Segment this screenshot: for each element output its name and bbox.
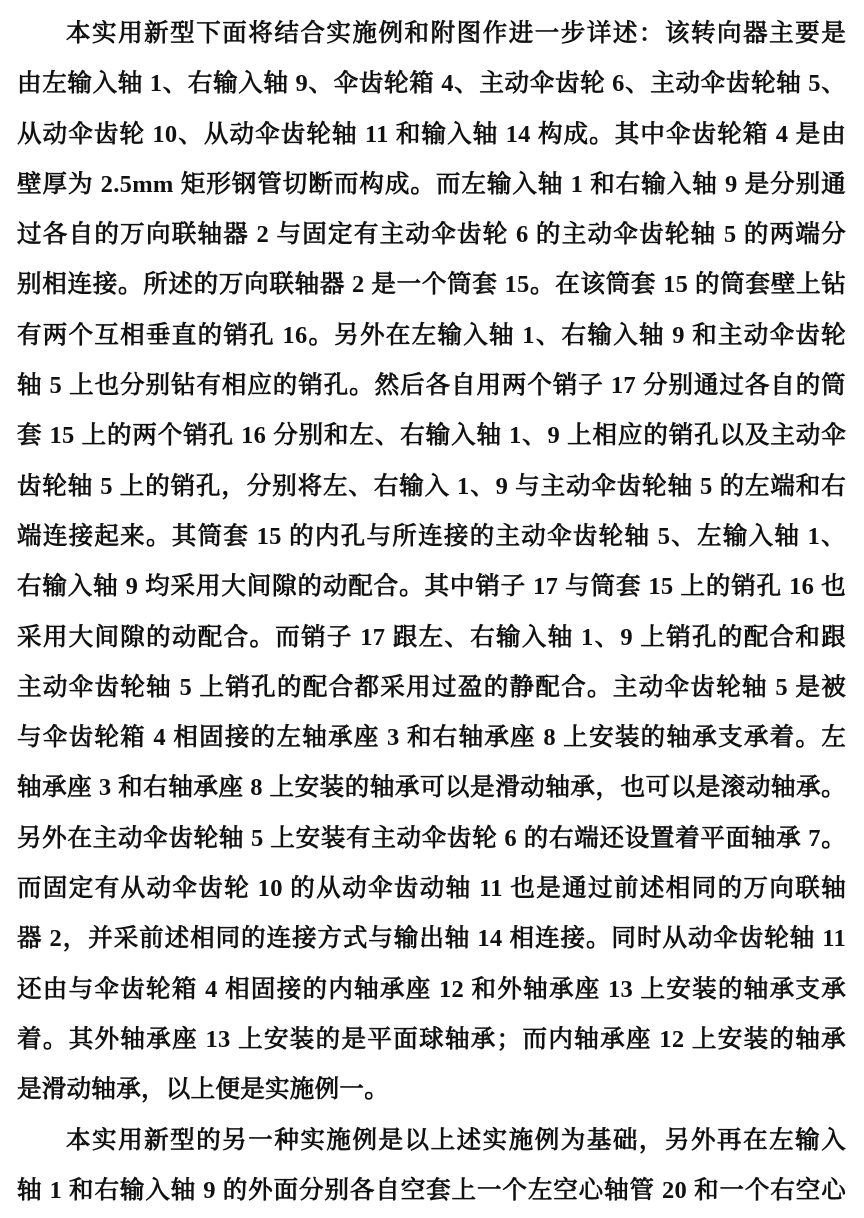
text-line: 着。其外轴承座 13 上安装的是平面球轴承；而内轴承座 12 上安装的轴承 [17,1015,846,1065]
text-line: 器 2，并采前述相同的连接方式与输出轴 14 相连接。同时从动伞齿轮轴 11 [17,914,846,964]
text-line: 端连接起来。其筒套 15 的内孔与所连接的主动伞齿轮轴 5、左输入轴 1、 [17,512,846,562]
text-line: 轴承座 3 和右轴承座 8 上安装的轴承可以是滑动轴承，也可以是滚动轴承。 [17,763,846,813]
text-line: 是滑动轴承，以上便是实施例一。 [17,1065,846,1115]
text-line: 壁厚为 2.5mm 矩形钢管切断而构成。而左输入轴 1 和右输入轴 9 是分别通 [17,160,846,210]
text-line: 由左输入轴 1、右输入轴 9、伞齿轮箱 4、主动伞齿轮 6、主动伞齿轮轴 5、 [17,59,846,109]
text-line: 本实用新型下面将结合实施例和附图作进一步详述：该转向器主要是 [17,9,846,59]
text-line: 轴 1 和右输入轴 9 的外面分别各自空套上一个左空心轴管 20 和一个右空心 [17,1166,846,1216]
text-line: 还由与伞齿轮箱 4 相固接的内轴承座 12 和外轴承座 13 上安装的轴承支承 [17,965,846,1015]
text-line: 从动伞齿轮 10、从动伞齿轮轴 11 和输入轴 14 构成。其中伞齿轮箱 4 是… [17,110,846,160]
text-line: 而固定有从动伞齿轮 10 的从动伞齿动轴 11 也是通过前述相同的万向联轴 [17,864,846,914]
text-line: 另外在主动伞齿轮轴 5 上安装有主动伞齿轮 6 的右端还设置着平面轴承 7。 [17,814,846,864]
text-line: 本实用新型的另一种实施例是以上述实施例为基础，另外再在左输入 [17,1116,846,1166]
text-line: 主动伞齿轮轴 5 上销孔的配合都采用过盈的静配合。主动伞齿轮轴 5 是被 [17,663,846,713]
text-line: 齿轮轴 5 上的销孔，分别将左、右输入 1、9 与主动伞齿轮轴 5 的左端和右 [17,462,846,512]
paragraph-1: 本实用新型下面将结合实施例和附图作进一步详述：该转向器主要是由左输入轴 1、右输… [17,9,846,1116]
text-line: 有两个互相垂直的销孔 16。另外在左输入轴 1、右输入轴 9 和主动伞齿轮 [17,311,846,361]
document-body: 本实用新型下面将结合实施例和附图作进一步详述：该转向器主要是由左输入轴 1、右输… [17,9,846,1216]
paragraph-2: 本实用新型的另一种实施例是以上述实施例为基础，另外再在左输入轴 1 和右输入轴 … [17,1116,846,1217]
text-line: 右输入轴 9 均采用大间隙的动配合。其中销子 17 与筒套 15 上的销孔 16… [17,562,846,612]
document-page: 本实用新型下面将结合实施例和附图作进一步详述：该转向器主要是由左输入轴 1、右输… [0,0,864,1218]
text-line: 别相连接。所述的万向联轴器 2 是一个筒套 15。在该筒套 15 的筒套壁上钻 [17,260,846,310]
text-line: 采用大间隙的动配合。而销子 17 跟左、右输入轴 1、9 上销孔的配合和跟 [17,613,846,663]
text-line: 过各自的万向联轴器 2 与固定有主动伞齿轮 6 的主动伞齿轮轴 5 的两端分 [17,210,846,260]
text-line: 轴 5 上也分别钻有相应的销孔。然后各自用两个销子 17 分别通过各自的筒 [17,361,846,411]
text-line: 套 15 上的两个销孔 16 分别和左、右输入轴 1、9 上相应的销孔以及主动伞 [17,411,846,461]
text-line: 与伞齿轮箱 4 相固接的左轴承座 3 和右轴承座 8 上安装的轴承支承着。左 [17,713,846,763]
